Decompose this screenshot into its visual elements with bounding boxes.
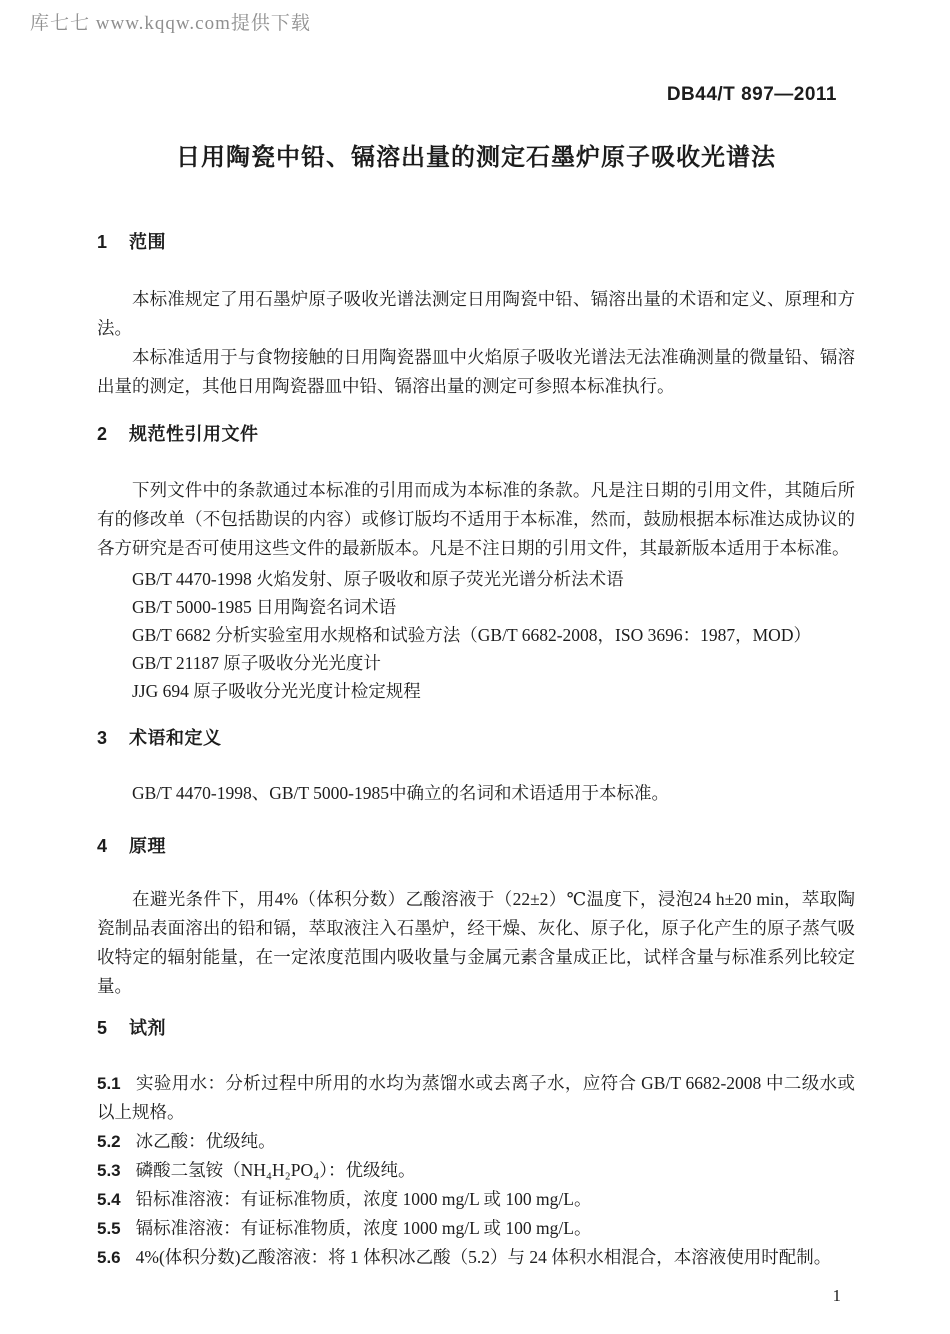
clause-number: 5.4 (97, 1190, 121, 1209)
standard-number: DB44/T 897—2011 (97, 84, 855, 106)
scope-paragraph-1: 本标准规定了用石墨炉原子吸收光谱法测定日用陶瓷中铅、镉溶出量的术语和定义、原理和… (97, 285, 855, 343)
terms-paragraph: GB/T 4470-1998、GB/T 5000-1985中确立的名词和术语适用… (97, 779, 855, 808)
section-5-number: 5 (97, 1018, 108, 1038)
watermark: 库七七 www.kqqw.com提供下载 (30, 8, 311, 35)
section-2-label: 规范性引用文件 (129, 424, 259, 444)
section-4-number: 4 (97, 836, 108, 856)
reagent-clause-5-4: 5.4铅标准溶液：有证标准物质，浓度 1000 mg/L 或 100 mg/L。 (97, 1185, 855, 1214)
reference-item: JJG 694 原子吸收分光光度计检定规程 (132, 677, 855, 705)
reference-item: GB/T 5000-1985 日用陶瓷名词术语 (132, 593, 855, 621)
section-3-number: 3 (97, 728, 108, 748)
clause-text: 4%(体积分数)乙酸溶液：将 1 体积冰乙酸（5.2）与 24 体积水相混合，本… (136, 1247, 832, 1267)
clause-text: 镉标准溶液：有证标准物质，浓度 1000 mg/L 或 100 mg/L。 (136, 1218, 592, 1238)
reagent-clause-5-3: 5.3磷酸二氢铵（NH₄H₂PO₄）：优级纯。 (97, 1156, 855, 1185)
clause-text: 实验用水：分析过程中所用的水均为蒸馏水或去离子水，应符合 GB/T 6682-2… (97, 1073, 855, 1122)
normative-paragraph: 下列文件中的条款通过本标准的引用而成为本标准的条款。凡是注日期的引用文件，其随后… (97, 476, 855, 563)
reference-list: GB/T 4470-1998 火焰发射、原子吸收和原子荧光光谱分析法术语 GB/… (97, 565, 855, 705)
document-page: 库七七 www.kqqw.com提供下载 DB44/T 897—2011 日用陶… (0, 0, 950, 1334)
section-3-label: 术语和定义 (129, 728, 222, 748)
clause-number: 5.2 (97, 1132, 121, 1151)
page-content: DB44/T 897—2011 日用陶瓷中铅、镉溶出量的测定石墨炉原子吸收光谱法… (0, 84, 950, 1307)
section-4-label: 原理 (129, 836, 166, 856)
section-2-number: 2 (97, 424, 108, 444)
clause-text: 磷酸二氢铵（NH₄H₂PO₄）：优级纯。 (136, 1160, 416, 1180)
clause-number: 5.5 (97, 1219, 121, 1238)
reference-item: GB/T 4470-1998 火焰发射、原子吸收和原子荧光光谱分析法术语 (132, 565, 855, 593)
section-5-label: 试剂 (129, 1018, 166, 1038)
reagent-clause-5-1: 5.1实验用水：分析过程中所用的水均为蒸馏水或去离子水，应符合 GB/T 668… (97, 1069, 855, 1127)
section-3-heading: 3 术语和定义 (97, 726, 855, 751)
section-4-heading: 4 原理 (97, 834, 855, 859)
clause-text: 冰乙酸：优级纯。 (136, 1131, 276, 1151)
section-1-number: 1 (97, 232, 108, 252)
reagents-list: 5.1实验用水：分析过程中所用的水均为蒸馏水或去离子水，应符合 GB/T 668… (97, 1069, 855, 1272)
page-number: 1 (97, 1285, 855, 1307)
section-1-label: 范围 (129, 232, 166, 252)
principle-paragraph: 在避光条件下，用4%（体积分数）乙酸溶液于（22±2）℃温度下，浸泡24 h±2… (97, 885, 855, 1001)
clause-text: 铅标准溶液：有证标准物质，浓度 1000 mg/L 或 100 mg/L。 (136, 1189, 592, 1209)
section-5-heading: 5 试剂 (97, 1016, 855, 1041)
reference-item: GB/T 21187 原子吸收分光光度计 (132, 649, 855, 677)
reagent-clause-5-6: 5.64%(体积分数)乙酸溶液：将 1 体积冰乙酸（5.2）与 24 体积水相混… (97, 1243, 855, 1272)
clause-number: 5.6 (97, 1248, 121, 1267)
reference-item: GB/T 6682 分析实验室用水规格和试验方法（GB/T 6682-2008，… (132, 621, 855, 649)
clause-number: 5.3 (97, 1161, 121, 1180)
clause-number: 5.1 (97, 1074, 121, 1093)
document-title: 日用陶瓷中铅、镉溶出量的测定石墨炉原子吸收光谱法 (97, 142, 855, 174)
section-1-heading: 1 范围 (97, 230, 855, 255)
section-2-heading: 2 规范性引用文件 (97, 422, 855, 447)
scope-paragraph-2: 本标准适用于与食物接触的日用陶瓷器皿中火焰原子吸收光谱法无法准确测量的微量铅、镉… (97, 343, 855, 401)
reagent-clause-5-2: 5.2冰乙酸：优级纯。 (97, 1127, 855, 1156)
reagent-clause-5-5: 5.5镉标准溶液：有证标准物质，浓度 1000 mg/L 或 100 mg/L。 (97, 1214, 855, 1243)
